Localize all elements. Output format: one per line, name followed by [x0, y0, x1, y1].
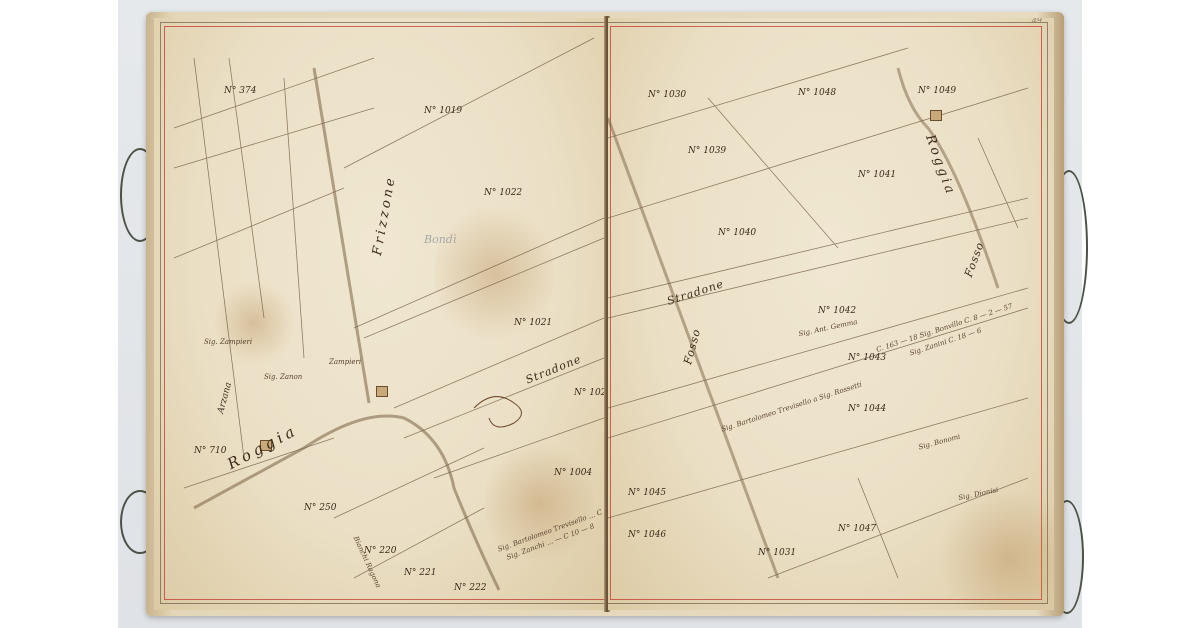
parcel-label: N° 1021 — [514, 318, 552, 328]
right-page: 49 Stradone Fosso R — [608, 18, 1054, 610]
parcel-label: N° 1030 — [648, 90, 686, 100]
owner-annotation: Sig. Zanon — [264, 373, 302, 381]
parcel-label: N° 222 — [454, 583, 486, 593]
owner-annotation: Zampieri — [329, 358, 361, 366]
parcel-label: N° 1042 — [818, 306, 856, 316]
parcel-label: N° 1022 — [484, 188, 522, 198]
parcel-label: N° 1049 — [918, 86, 956, 96]
parcel-label: N° 374 — [224, 86, 256, 96]
building-icon — [376, 386, 388, 397]
parcel-label: N° 1004 — [554, 468, 592, 478]
parcel-label: N° 221 — [404, 568, 436, 578]
parcel-label: N° 1048 — [798, 88, 836, 98]
parcel-label: N° 1043 — [848, 353, 886, 363]
building-icon — [930, 110, 942, 121]
parcel-label: N° 1039 — [688, 146, 726, 156]
parcel-label: N° 250 — [304, 503, 336, 513]
flourish-ornament — [474, 397, 522, 427]
parcel-label: N° 1020 — [574, 388, 607, 398]
parcel-label: N° 1031 — [758, 548, 796, 558]
parcel-label: N° 1047 — [838, 524, 876, 534]
parcel-label: N° 1019 — [424, 106, 462, 116]
parcel-label: N° 1046 — [628, 530, 666, 540]
parcel-label: N° 1040 — [718, 228, 756, 238]
parcel-label: N° 710 — [194, 446, 226, 456]
parcel-label: N° 220 — [364, 546, 396, 556]
left-page: Frizzone Roggia Stradone Arzana N° 1022 … — [154, 18, 607, 610]
parcel-label: N° 1044 — [848, 404, 886, 414]
parcel-label: N° 1041 — [858, 170, 896, 180]
pencil-annotation: Bondì — [424, 233, 456, 246]
parcel-label: N° 1045 — [628, 488, 666, 498]
left-parcel-lines — [154, 18, 606, 610]
open-book: Frizzone Roggia Stradone Arzana N° 1022 … — [146, 12, 1064, 616]
owner-annotation: Sig. Zampieri — [204, 338, 252, 346]
